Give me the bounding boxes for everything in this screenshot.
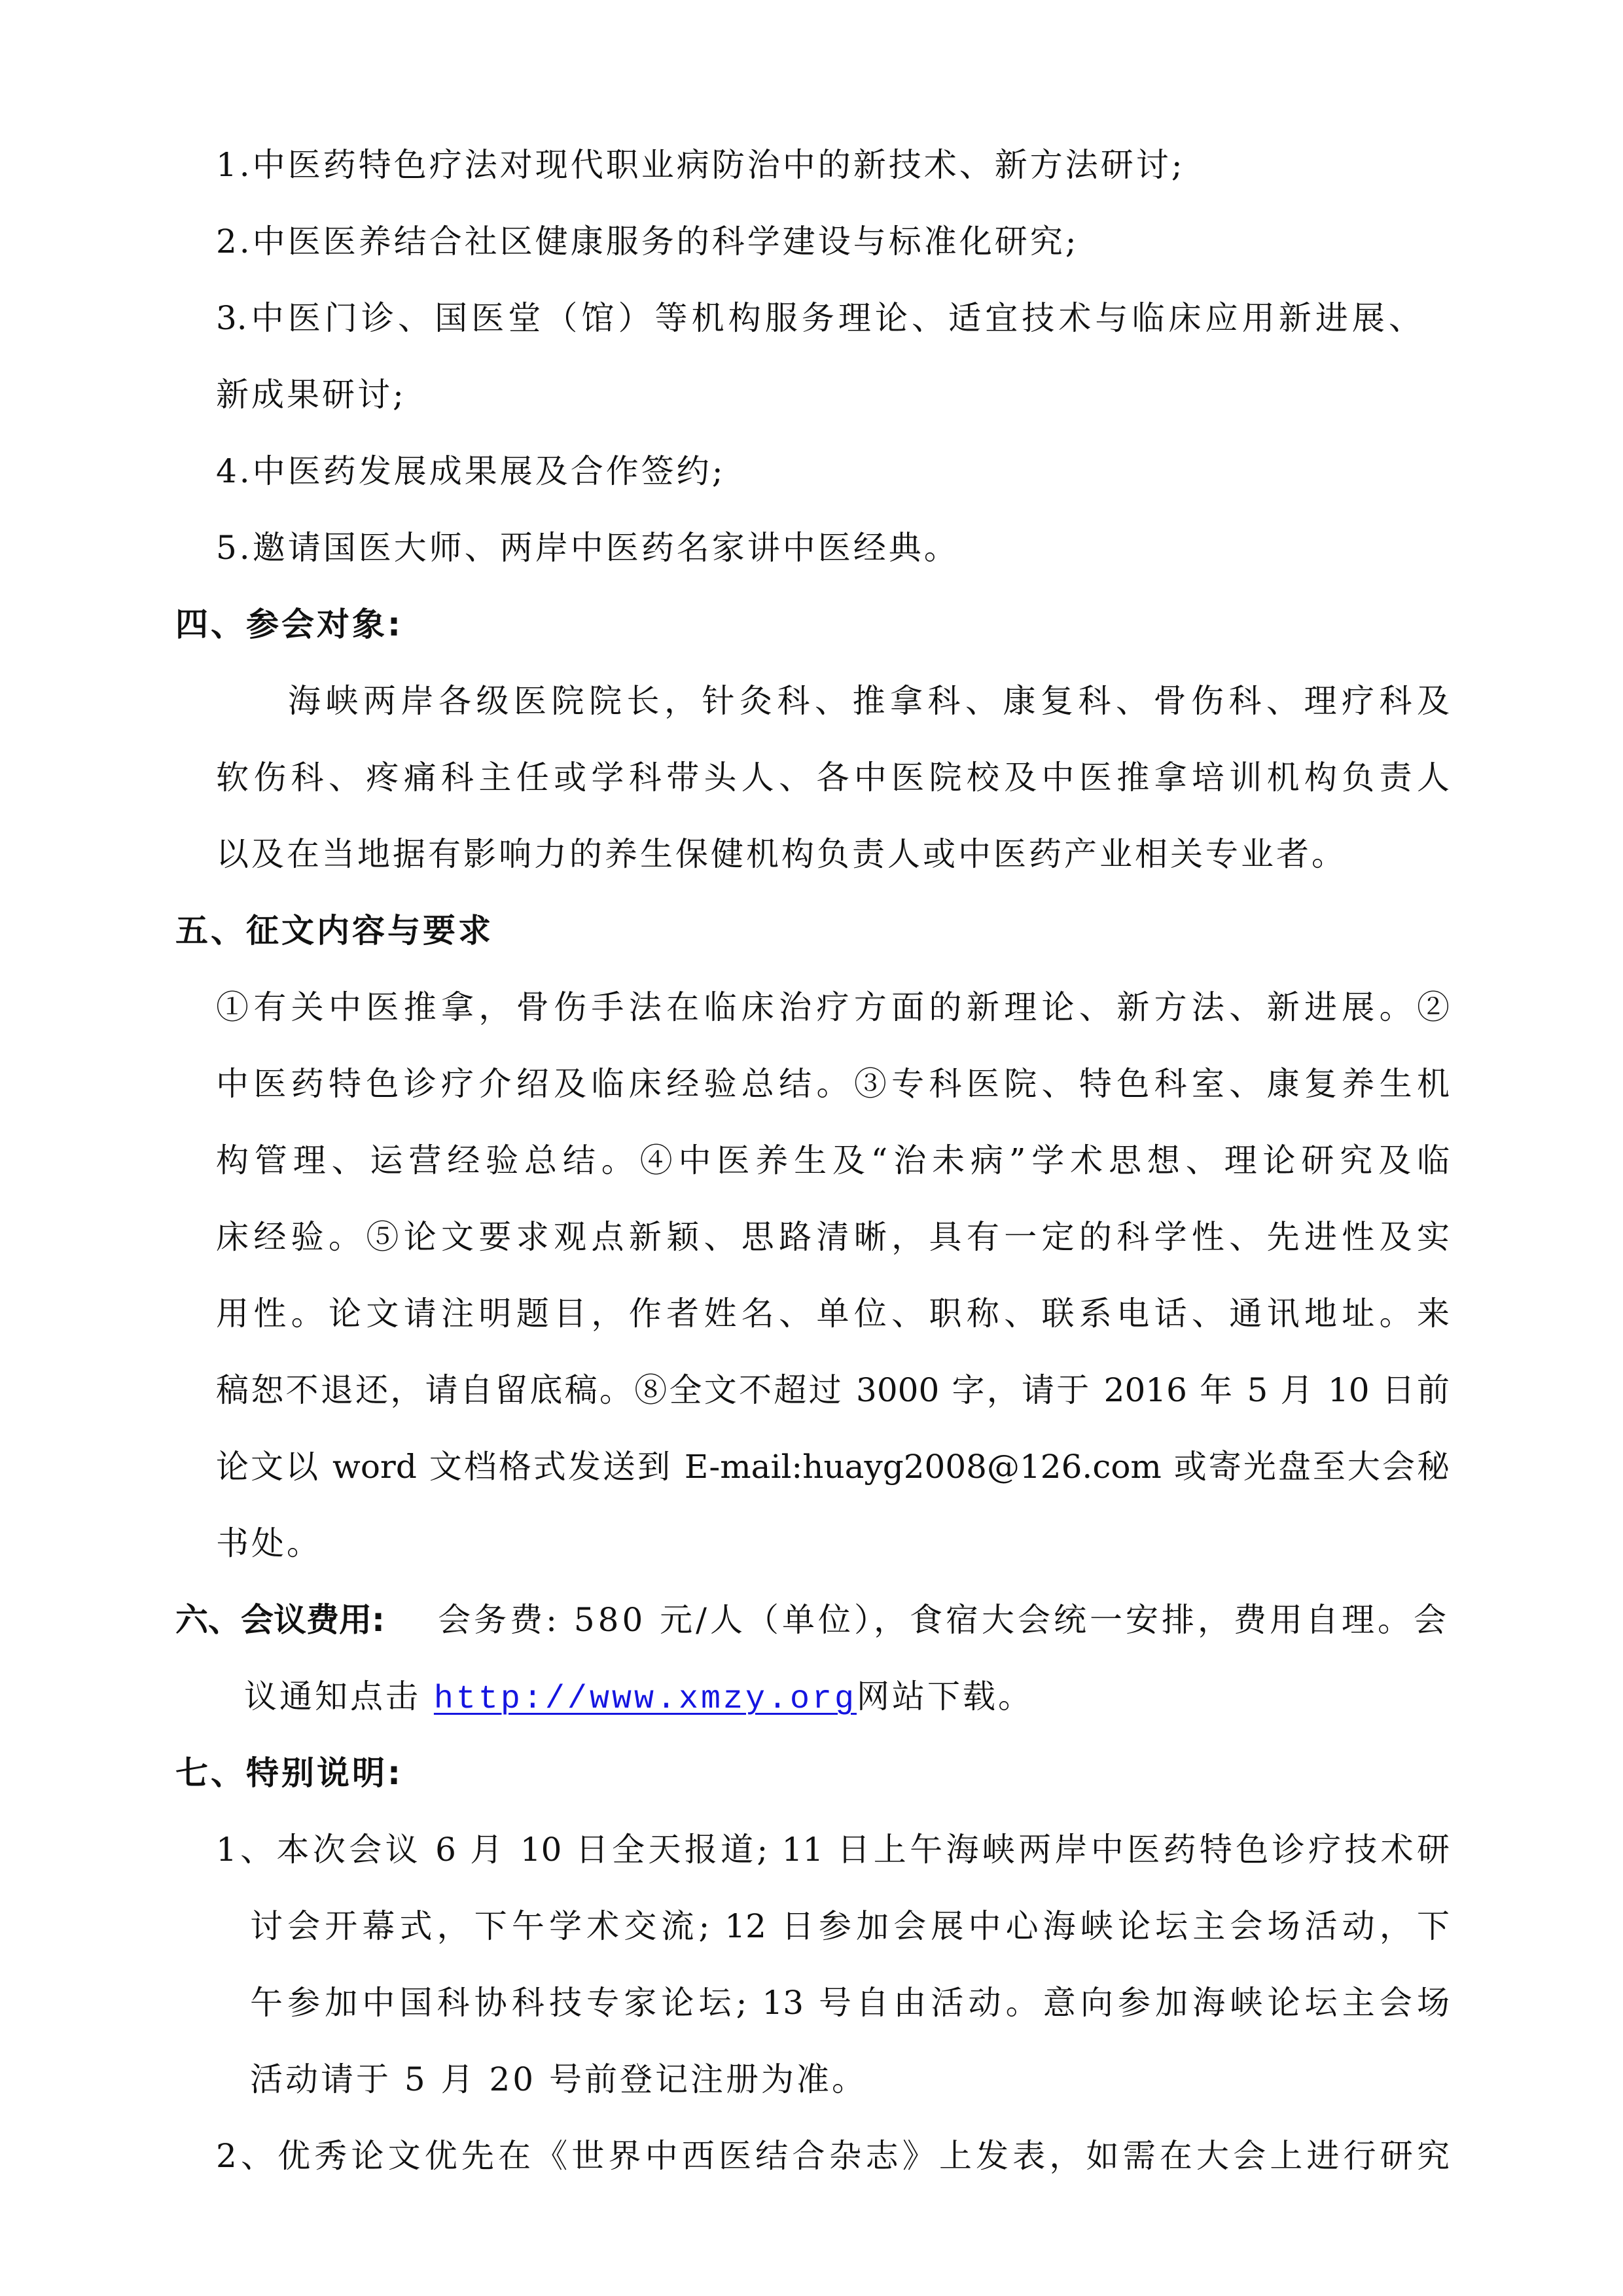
topic-item-3-text: 3.中医门诊、国医堂（馆）等机构服务理论、适宜技术与临床应用新进展、 — [216, 280, 1421, 357]
attendees-paragraph-line-1: 海峡两岸各级医院院长，针灸科、推拿科、康复科、骨伤科、理疗科及 — [0, 663, 1623, 740]
topic-item-2: 2.中医医养结合社区健康服务的科学建设与标准化研究; — [0, 204, 1623, 280]
papers-line-2: 中医药特色诊疗介绍及临床经验总结。③专科医院、特色科室、康复养生机 — [0, 1046, 1623, 1122]
papers-line-8: 书处。 — [0, 1505, 1623, 1582]
topic-item-3-cont: 新成果研讨; — [0, 357, 1623, 433]
fees-download-prefix: 议通知点击 — [244, 1677, 421, 1715]
papers-line-1: ①有关中医推拿，骨伤手法在临床治疗方面的新理论、新方法、新进展。② — [0, 969, 1623, 1046]
fees-line-2: 议通知点击 http://www.xmzy.org网站下载。 — [0, 1659, 1623, 1735]
topic-item-1: 1.中医药特色疗法对现代职业病防治中的新技术、新方法研讨; — [0, 127, 1623, 204]
papers-line-3: 构管理、运营经验总结。④中医养生及“治未病”学术思想、理论研究及临 — [0, 1122, 1623, 1199]
document-page: 1.中医药特色疗法对现代职业病防治中的新技术、新方法研讨; 2.中医医养结合社区… — [0, 127, 1623, 2195]
notes-item-1-line-4: 活动请于 5 月 20 号前登记注册为准。 — [0, 2041, 1623, 2118]
section-heading-notes: 七、特别说明: — [0, 1735, 1623, 1812]
section-heading-papers: 五、征文内容与要求 — [0, 893, 1623, 969]
papers-line-5: 用性。论文请注明题目，作者姓名、单位、职称、联系电话、通讯地址。来 — [0, 1276, 1623, 1352]
topic-item-3: 3.中医门诊、国医堂（馆）等机构服务理论、适宜技术与临床应用新进展、 — [0, 280, 1623, 357]
notes-item-1-line-2: 讨会开幕式，下午学术交流; 12 日参加会展中心海峡论坛主会场活动，下 — [0, 1888, 1623, 1965]
fees-line-1: 六、会议费用:会务费: 580 元/人（单位），食宿大会统一安排，费用自理。会 — [0, 1582, 1623, 1659]
papers-line-6: 稿恕不退还，请自留底稿。⑧全文不超过 3000 字，请于 2016 年 5 月 … — [0, 1352, 1623, 1429]
topic-item-5: 5.邀请国医大师、两岸中医药名家讲中医经典。 — [0, 510, 1623, 586]
topic-item-4: 4.中医药发展成果展及合作签约; — [0, 433, 1623, 510]
fees-download-suffix: 网站下载。 — [857, 1677, 1033, 1715]
notes-item-2-line-1: 2、优秀论文优先在《世界中西医结合杂志》上发表，如需在大会上进行研究 — [0, 2118, 1623, 2195]
section-heading-attendees: 四、参会对象: — [0, 586, 1623, 663]
papers-line-4: 床经验。⑤论文要求观点新颖、思路清晰，具有一定的科学性、先进性及实 — [0, 1199, 1623, 1276]
website-link[interactable]: http://www.xmzy.org — [434, 1681, 857, 1718]
section-heading-fees: 六、会议费用: — [175, 1582, 385, 1659]
attendees-paragraph-line-3: 以及在当地据有影响力的养生保健机构负责人或中医药产业相关专业者。 — [0, 816, 1623, 893]
notes-item-1-line-3: 午参加中国科协科技专家论坛; 13 号自由活动。意向参加海峡论坛主会场 — [0, 1965, 1623, 2041]
fees-text: 会务费: 580 元/人（单位），食宿大会统一安排，费用自理。会 — [438, 1582, 1450, 1659]
papers-line-7: 论文以 word 文档格式发送到 E-mail:huayg2008@126.co… — [0, 1429, 1623, 1505]
notes-item-1-line-1: 1、本次会议 6 月 10 日全天报道; 11 日上午海峡两岸中医药特色诊疗技术… — [0, 1812, 1623, 1888]
attendees-paragraph-line-2: 软伤科、疼痛科主任或学科带头人、各中医院校及中医推拿培训机构负责人 — [0, 740, 1623, 816]
